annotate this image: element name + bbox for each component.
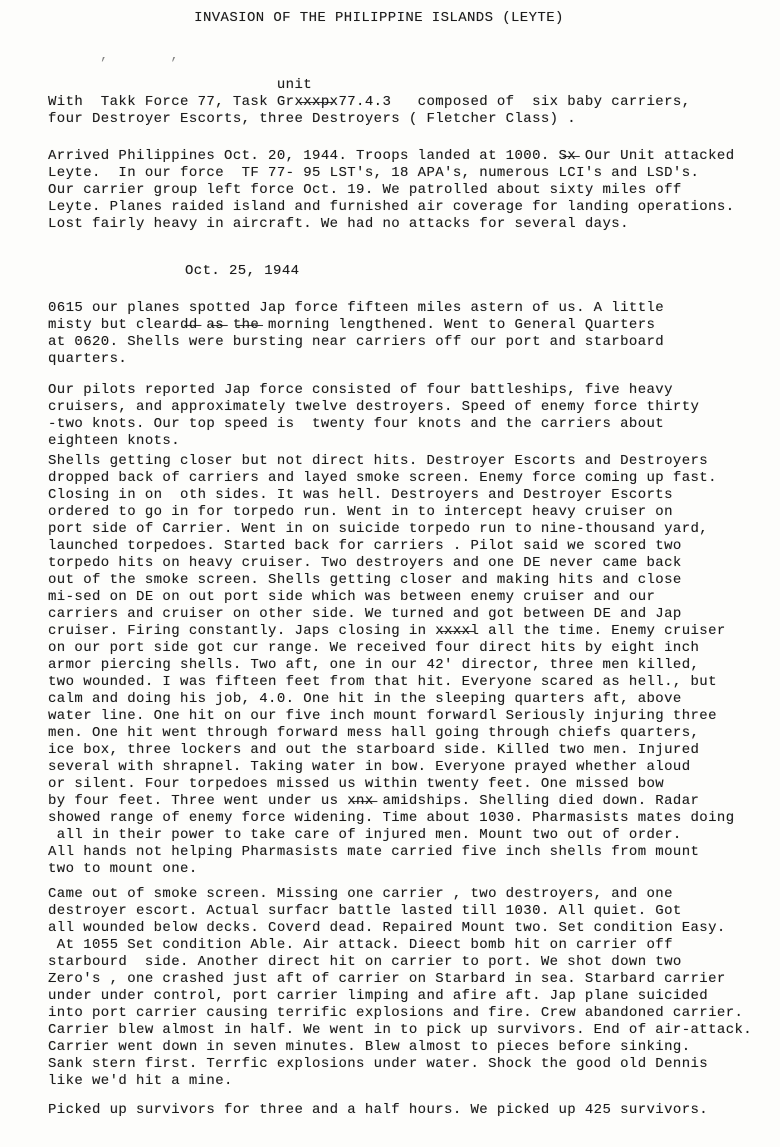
stray-pen-marks: , , [100, 48, 179, 65]
paragraph-aftermath-air-attack: Came out of smoke screen. Missing one ca… [48, 886, 770, 1090]
date-heading-oct-25-1944: Oct. 25, 1944 [185, 263, 770, 280]
document-title: INVASION OF THE PHILIPPINE ISLANDS (LEYT… [48, 10, 770, 27]
paragraph-jap-force-sighted: 0615 our planes spotted Jap force fiftee… [48, 300, 770, 368]
paragraph-task-force-composition: unit With Takk Force 77, Task Grx̶x̶x̶p̶… [48, 77, 770, 128]
paragraph-arrival-oct-20: Arrived Philippines Oct. 20, 1944. Troop… [48, 148, 770, 233]
paragraph-survivor-rescue: Picked up survivors for three and a half… [48, 1102, 770, 1119]
document-page: INVASION OF THE PHILIPPINE ISLANDS (LEYT… [0, 0, 780, 1147]
paragraph-pilots-report: Our pilots reported Jap force consisted … [48, 382, 770, 450]
paragraph-surface-battle: Shells getting closer but not direct hit… [48, 453, 770, 878]
